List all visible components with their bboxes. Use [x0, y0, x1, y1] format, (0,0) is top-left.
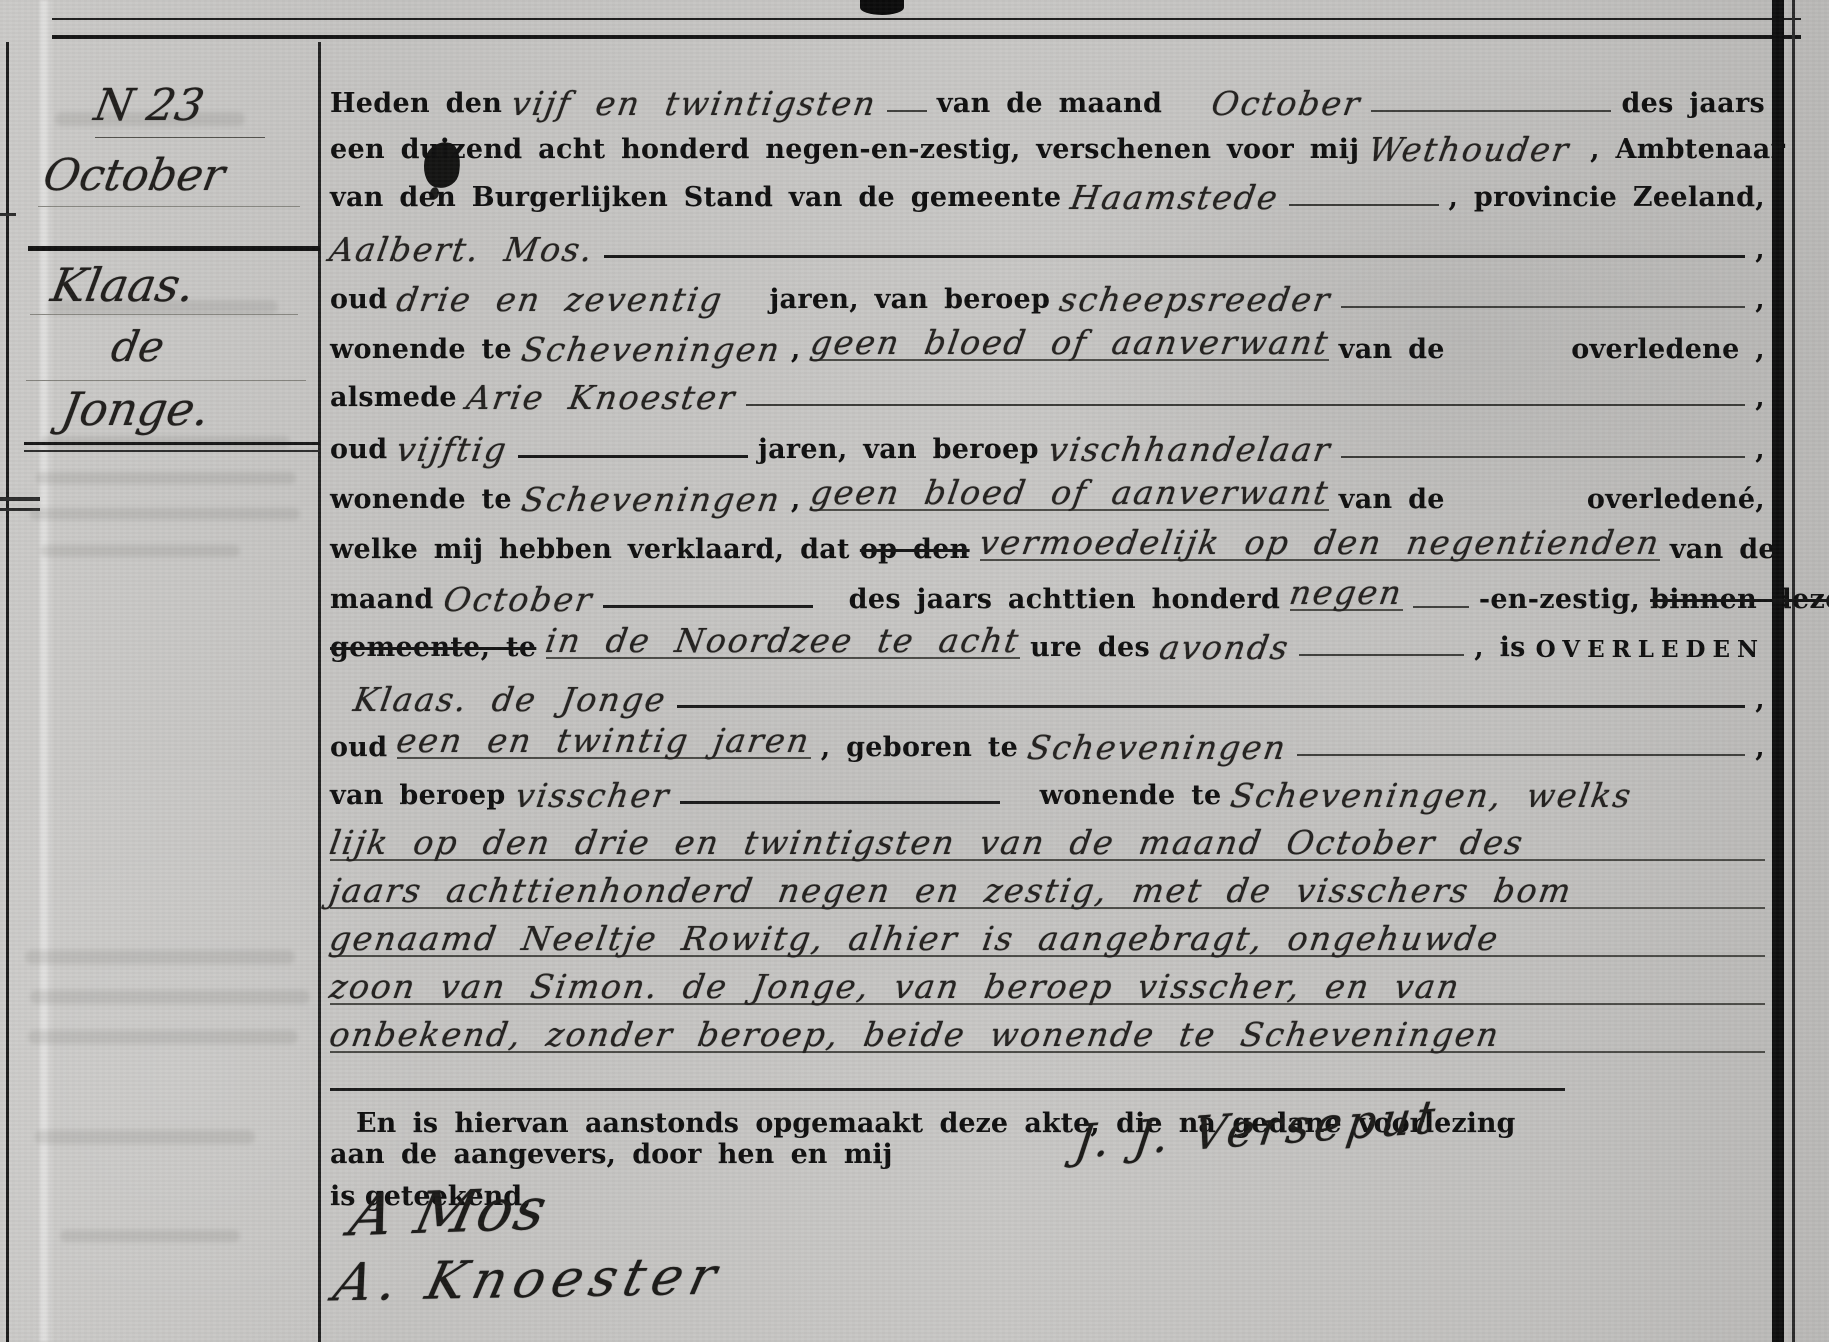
printed-text: van beroep [330, 782, 506, 810]
ruled-fill-line [604, 255, 1745, 258]
printed-text: , is [1474, 634, 1525, 662]
closing-rule [330, 1088, 1565, 1091]
printed-text: van de [1339, 336, 1445, 364]
printed-text: , [1755, 384, 1765, 412]
record-line: ouddrie en zeventigjaren, van beroepsche… [330, 268, 1765, 314]
margin-divider-line [28, 246, 320, 251]
record-line: maandOctoberdes jaars achttien honderdne… [330, 568, 1765, 614]
death-record-scan: N 23 October Klaas. de Jonge. Heden denv… [0, 0, 1829, 1342]
handwritten-text: Scheveningen [519, 483, 783, 516]
handwritten-text: drie en zeventig [395, 283, 726, 316]
printed-text: van den Burgerlijken Stand van de gemeen… [330, 184, 1061, 212]
bleed-through-smudge [60, 1230, 240, 1242]
printed-text: , [1755, 686, 1765, 714]
margin-month: October [40, 150, 229, 201]
ruled-fill-line [1297, 754, 1745, 756]
printed-text: des jaars [1621, 90, 1765, 118]
bleed-through-smudge [30, 508, 300, 520]
record-line: van beroepvisscherwonende teScheveningen… [330, 764, 1765, 810]
printed-text: OVERLEDEN [1536, 638, 1765, 662]
printed-text: wonende te [1040, 782, 1222, 810]
edge-mark [0, 497, 40, 501]
record-line: zoon van Simon. de Jonge, van beroep vis… [330, 962, 1765, 1008]
printed-text: van de maand [937, 90, 1162, 118]
handwritten-text-underlined: geen bloed of aanverwant [811, 326, 1329, 361]
handwritten-text-underlined: onbekend, zonder beroep, beide wonende t… [330, 1018, 1765, 1053]
margin-underline [30, 314, 298, 315]
handwritten-text: Klaas. de Jonge [351, 683, 669, 716]
column-divider-line [318, 42, 321, 1342]
margin-deceased-name: Klaas. [47, 258, 199, 312]
printed-text: van de [1670, 536, 1776, 564]
handwritten-text: vijf en twintigsten [510, 87, 880, 120]
struck-printed-text: op den [860, 536, 970, 564]
bleed-through-smudge [28, 1030, 298, 1044]
margin-double-underline [24, 450, 320, 452]
handwritten-text: avonds [1157, 631, 1292, 664]
handwritten-text: lijk op den drie en twintigsten van de m… [327, 826, 1526, 859]
signature-declarant-mos: A Mos [344, 1175, 555, 1250]
ruled-fill-line [603, 605, 813, 608]
handwritten-text: geen bloed of aanverwant [808, 476, 1331, 509]
handwritten-text-underlined: negen [1290, 576, 1403, 611]
handwritten-text: visscher [513, 779, 672, 812]
record-line: genaamd Neeltje Rowitg, alhier is aangeb… [330, 914, 1765, 960]
record-line: lijk op den drie en twintigsten van de m… [330, 818, 1765, 864]
ruled-fill-line [518, 455, 748, 458]
printed-text: , [1755, 436, 1765, 464]
printed-text: oud [330, 286, 387, 314]
record-line: welke mij hebben verklaard, datop denver… [330, 518, 1765, 564]
handwritten-text-underlined: genaamd Neeltje Rowitg, alhier is aangeb… [330, 922, 1765, 957]
record-line: wonende teScheveningen,geen bloed of aan… [330, 468, 1765, 514]
handwritten-text: October [441, 583, 595, 616]
handwritten-text: Aalbert. Mos. [327, 233, 596, 266]
handwritten-text: negen [1288, 576, 1406, 609]
handwritten-text: Scheveningen [519, 333, 783, 366]
handwritten-text-underlined: zoon van Simon. de Jonge, van beroep vis… [330, 970, 1765, 1005]
handwritten-text: vermoedelijk op den negentienden [977, 526, 1662, 559]
printed-text: wonende te [330, 336, 512, 364]
right-border-line [1772, 0, 1784, 1342]
ruled-fill-line [1371, 110, 1611, 112]
handwritten-text: genaamd Neeltje Rowitg, alhier is aangeb… [327, 922, 1501, 955]
record-line: gemeente, tein de Noordzee te achture de… [330, 616, 1765, 662]
handwritten-text-underlined: vermoedelijk op den negentienden [980, 526, 1660, 561]
ruled-fill-line [680, 801, 1000, 804]
struck-printed-text: binnen deze [1650, 586, 1829, 614]
margin-deceased-name: de [108, 322, 168, 371]
left-border-line [6, 42, 9, 1342]
record-line: een duizend acht honderd negen-en-zestig… [330, 118, 1765, 164]
ruled-fill-line [1413, 606, 1469, 608]
printed-text: , [791, 336, 801, 364]
handwritten-text: October [1210, 87, 1364, 120]
printed-text: -en-zestig, [1479, 586, 1640, 614]
margin-act-number: N 23 [91, 80, 208, 131]
ruled-fill-line [887, 110, 927, 112]
handwritten-text: vijftig [395, 433, 511, 466]
printed-text: , provincie Zeeland, [1449, 184, 1766, 212]
printed-text: oud [330, 734, 387, 762]
handwritten-text: vischhandelaar [1046, 433, 1334, 466]
ruled-fill-line [1341, 306, 1745, 308]
printed-text: , [1755, 286, 1765, 314]
record-line: Klaas. de Jonge, [330, 668, 1765, 714]
handwritten-text: onbekend, zonder beroep, beide wonende t… [327, 1018, 1502, 1051]
margin-underline [26, 380, 306, 381]
record-line: Heden denvijf en twintigstenvan de maand… [330, 72, 1765, 118]
printed-text: alsmede [330, 384, 457, 412]
bleed-through-smudge [36, 472, 296, 484]
handwritten-text-underlined: geen bloed of aanverwant [811, 476, 1329, 511]
handwritten-text: een en twintig jaren [395, 724, 814, 757]
printed-text: jaren, van beroep [758, 436, 1039, 464]
ruled-fill-line [746, 404, 1745, 406]
margin-deceased-name: Jonge. [57, 382, 214, 436]
handwritten-text: Arie Knoester [464, 381, 738, 414]
record-line: oudvijftigjaren, van beroepvischhandelaa… [330, 418, 1765, 464]
signature-declarant-knoester: A. Knoester [328, 1247, 729, 1314]
ruled-fill-line [1299, 654, 1464, 656]
record-line: Aalbert. Mos., [330, 218, 1765, 264]
record-line: onbekend, zonder beroep, beide wonende t… [330, 1010, 1765, 1056]
printed-text: wonende te [330, 486, 512, 514]
printed-text: , Ambtenaar [1590, 136, 1785, 164]
handwritten-text: geen bloed of aanverwant [808, 326, 1331, 359]
top-rule [52, 35, 1801, 39]
ruled-fill-line [677, 705, 1746, 708]
printed-text: een duizend acht honderd negen-en-zestig… [330, 136, 1359, 164]
bleed-through-smudge [30, 990, 310, 1004]
printed-text: van de [1339, 486, 1445, 514]
top-rule [52, 18, 1801, 20]
bleed-through-smudge [35, 1130, 255, 1144]
handwritten-text: Scheveningen [1026, 731, 1290, 764]
printed-text: overledene , [1571, 336, 1765, 364]
edge-mark [0, 213, 16, 216]
bleed-through-smudge [25, 950, 295, 964]
record-line: wonende teScheveningen,geen bloed of aan… [330, 318, 1765, 364]
record-line: oudeen en twintig jaren, geboren teSchev… [330, 716, 1765, 762]
printed-text: Heden den [330, 90, 502, 118]
printed-text: , [1755, 734, 1765, 762]
record-line: alsmedeArie Knoester, [330, 366, 1765, 412]
printed-text: , geboren te [821, 734, 1018, 762]
handwritten-text-underlined: lijk op den drie en twintigsten van de m… [330, 826, 1765, 861]
handwritten-text: zoon van Simon. de Jonge, van beroep vis… [327, 970, 1463, 1003]
struck-printed-text: gemeente, te [330, 634, 536, 662]
printed-text: ure des [1030, 634, 1150, 662]
margin-double-underline [24, 442, 320, 445]
record-line: jaars achttienhonderd negen en zestig, m… [330, 866, 1765, 912]
handwritten-text: in de Noordzee te acht [544, 624, 1023, 657]
handwritten-text: Haamstede [1069, 181, 1282, 214]
ink-blot [860, 0, 904, 15]
printed-text: jaren, van beroep [769, 286, 1050, 314]
handwritten-text-underlined: in de Noordzee te acht [546, 624, 1020, 659]
printed-text: maand [330, 586, 434, 614]
printed-text: welke mij hebben verklaard, dat [330, 536, 850, 564]
printed-text: , [1755, 236, 1765, 264]
handwritten-text: scheepsreeder [1058, 283, 1334, 316]
handwritten-text: Wethouder [1367, 133, 1573, 166]
margin-underline [95, 137, 265, 138]
margin-underline [38, 206, 300, 207]
right-border-line [1792, 0, 1795, 1342]
handwritten-text-underlined: jaars achttienhonderd negen en zestig, m… [330, 874, 1765, 909]
record-line: van den Burgerlijken Stand van de gemeen… [330, 166, 1765, 212]
handwritten-text-underlined: een en twintig jaren [397, 724, 810, 759]
ruled-fill-line [1289, 204, 1438, 206]
printed-text: oud [330, 436, 387, 464]
printed-text: overledené, [1587, 486, 1765, 514]
handwritten-text: jaars achttienhonderd negen en zestig, m… [327, 874, 1574, 907]
bleed-through-smudge [40, 545, 240, 557]
handwritten-text: Scheveningen, welks [1229, 779, 1635, 812]
ruled-fill-line [1341, 456, 1745, 458]
printed-text: des jaars achttien honderd [849, 586, 1280, 614]
printed-text: , [791, 486, 801, 514]
